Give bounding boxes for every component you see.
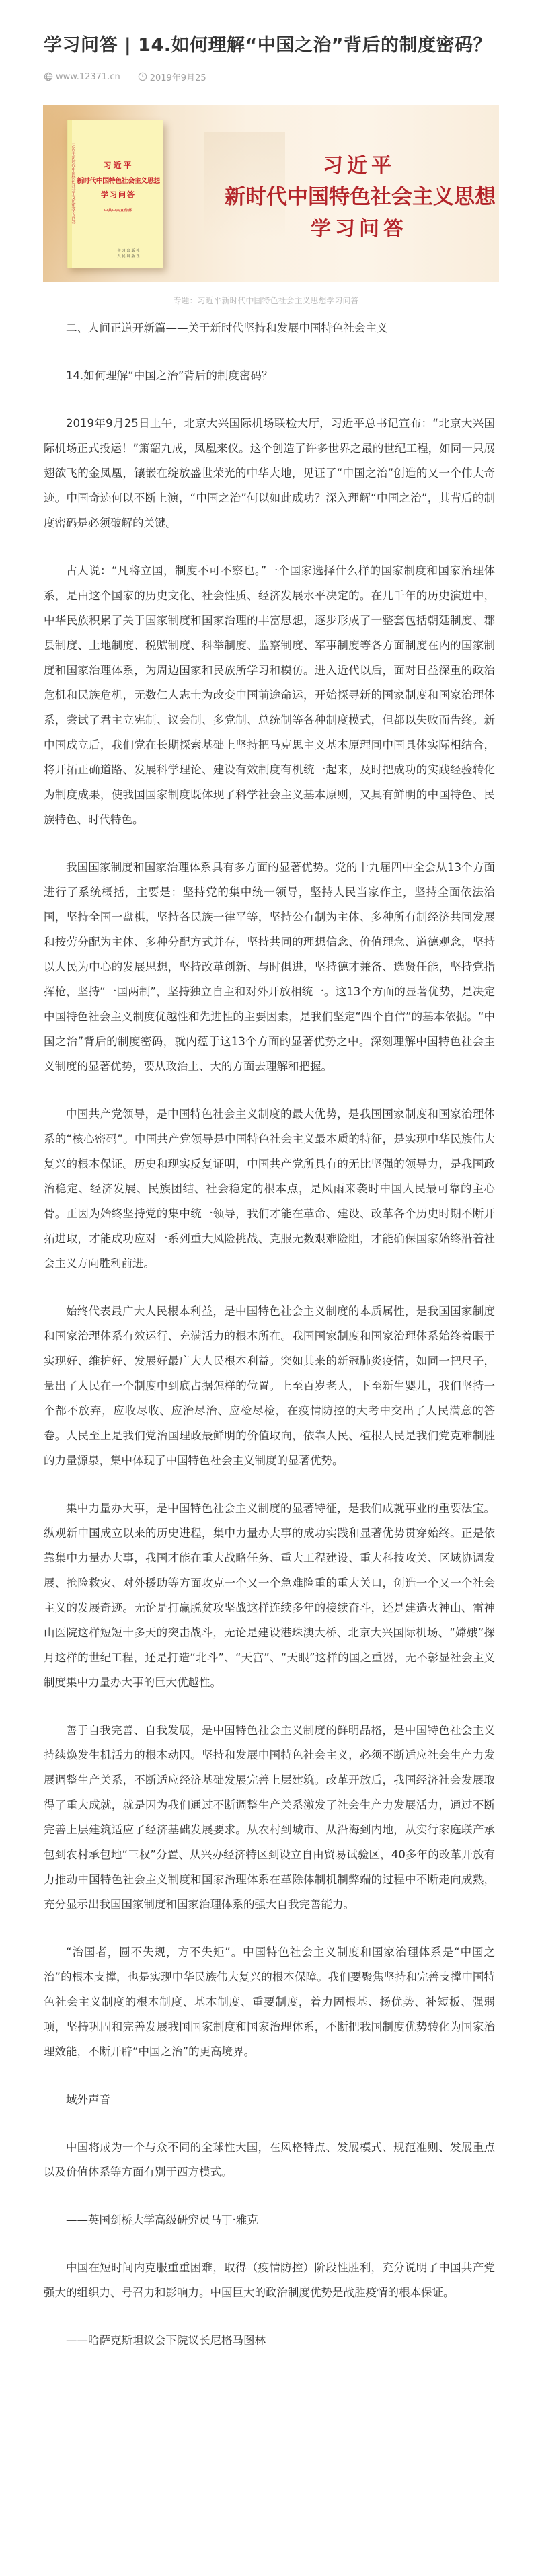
section-heading: 二、人间正道开新篇——关于新时代坚持和发展中国特色社会主义 [44,315,495,340]
body-paragraph: 始终代表最广大人民根本利益，是中国特色社会主义制度的本质属性，是我国国家制度和国… [44,1299,495,1473]
quote-paragraph: 中国在短时间内克服重重困难，取得（疫情防控）阶段性胜利，充分说明了中国共产党强大… [44,2255,495,2305]
body-paragraph: 2019年9月25日上午，北京大兴国际机场联检大厅，习近平总书记宣布：“北京大兴… [44,411,495,535]
date-meta: 2019年9月25 [138,71,206,83]
article-title: 学习问答 | 14.如何理解“中国之治”背后的制度密码？ [44,32,495,59]
body-paragraph: 善于自我完善、自我发展，是中国特色社会主义制度的鲜明品格，是中国特色社会主义持续… [44,1718,495,1917]
book-author: 中共中央宣传部 [75,208,162,213]
body-paragraph: 中国共产党领导，是中国特色社会主义制度的最大优势，是我国国家制度和国家治理体系的… [44,1102,495,1276]
article-page: 学习问答 | 14.如何理解“中国之治”背后的制度密码？ www.12371.c… [0,0,538,2456]
body-paragraph: 我国国家制度和国家治理体系具有多方面的显著优势。党的十九届四中全会从13个方面进… [44,855,495,1079]
body-paragraph: “治国者，圆不失规，方不失矩”。中国特色社会主义制度和国家治理体系是“中国之治”… [44,1940,495,2064]
banner-headline: 习近平 新时代中国特色社会主义思想 学习问答 [225,152,494,245]
foreign-voices-heading: 域外声音 [44,2087,495,2112]
body-paragraph: 集中力量办大事，是中国特色社会主义制度的显著特征，是我们成就事业的重要法宝。纵观… [44,1496,495,1695]
body-paragraph: 古人说：“凡将立国，制度不可不察也。”一个国家选择什么样的国家制度和国家治理体系… [44,558,495,832]
book-cover: 习近平新时代中国特色社会主义思想学习问答 习近平 新时代中国特色社会主义思想 学… [67,120,163,268]
banner-image: 习近平新时代中国特色社会主义思想学习问答 习近平 新时代中国特色社会主义思想 学… [43,105,499,282]
source-meta: www.12371.cn [44,72,120,82]
quote-paragraph: 中国将成为一个与众不同的全球性大国，在风格特点、发展模式、规范准则、发展重点以及… [44,2135,495,2185]
banner-caption: 专题：习近平新时代中国特色社会主义思想学习问答 [44,295,495,306]
clock-icon [138,72,147,81]
globe-icon [44,72,53,81]
book-publisher: 学习出版社 人民出版社 [95,248,163,259]
article-source[interactable]: www.12371.cn [56,72,120,82]
article-date: 2019年9月25 [150,71,206,83]
quote-attribution: ——英国剑桥大学高级研究员马丁·雅克 [44,2207,495,2232]
quote-attribution: ——哈萨克斯坦议会下院议长尼格马图林 [44,2328,495,2353]
book-title: 习近平 新时代中国特色社会主义思想 学习问答 中共中央宣传部 [75,159,162,213]
article-meta: www.12371.cn 2019年9月25 [44,70,495,83]
question-heading: 14.如何理解“中国之治”背后的制度密码？ [44,363,495,388]
article-body: 二、人间正道开新篇——关于新时代坚持和发展中国特色社会主义 14.如何理解“中国… [44,315,495,2353]
